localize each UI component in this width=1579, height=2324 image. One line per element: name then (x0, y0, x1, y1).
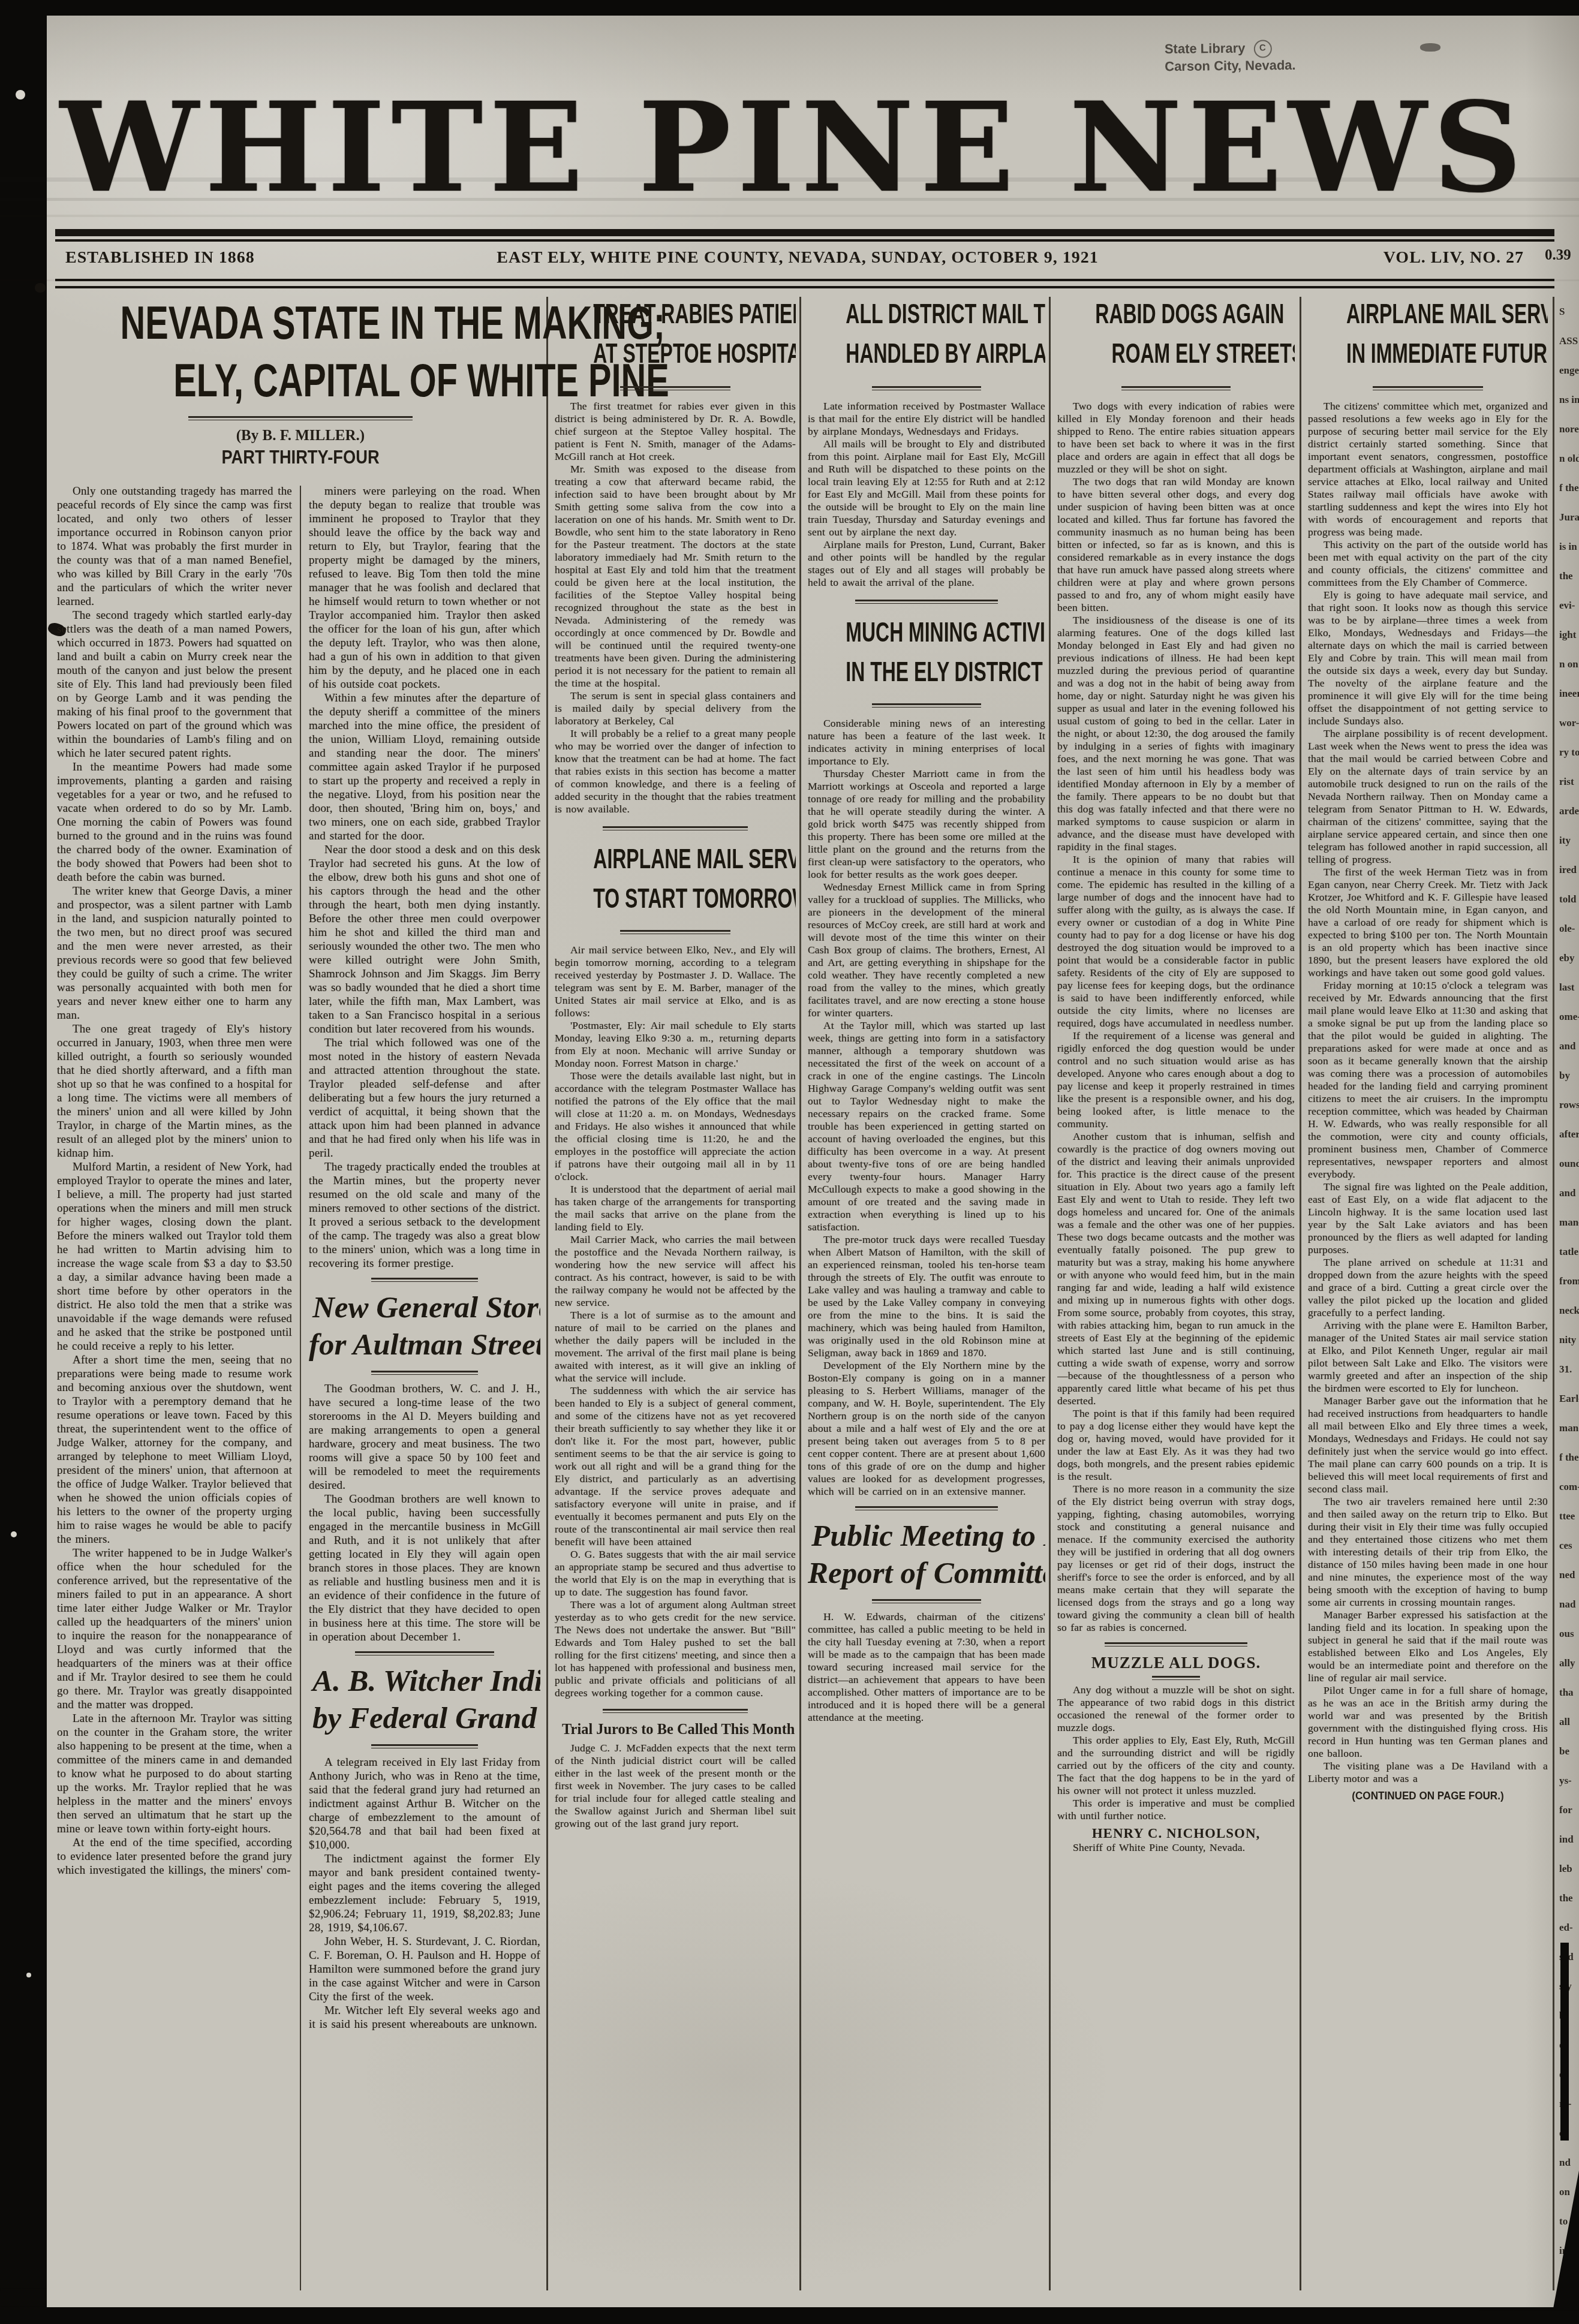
body-paragraph: O. G. Bates suggests that with the air m… (555, 1548, 796, 1598)
headline-line1: AIRPLANE MAIL SERVICE (1346, 294, 1509, 333)
column-2: TREAT RABIES PATIENT AT STEPTOE HOSPITAL… (555, 294, 796, 2290)
headline-general-store: New General Store for Aultman Street (309, 1289, 540, 1363)
body-paragraph: There was a lot of argument along Aultma… (555, 1598, 796, 1699)
body-paragraph: This activity on the part of the outside… (1308, 538, 1548, 589)
body-paragraph: 'Postmaster, Ely: Air mail schedule to E… (555, 1019, 796, 1070)
headline-divider (872, 703, 981, 708)
byline: (By B. F. MILLER.) (57, 428, 544, 444)
cut-text-fragment: Earl- (1559, 1384, 1579, 1413)
cut-text-fragment: ASS (1559, 326, 1579, 356)
headline-line2: ELY, CAPITAL OF WHITE PINE (121, 351, 481, 409)
body-paragraph: Mr. Witcher left Ely several weeks ago a… (309, 2004, 540, 2031)
signature-name: HENRY C. NICHOLSON, (1057, 1826, 1295, 1841)
scan-edge-top (0, 0, 1579, 17)
cut-text-fragment: rows (1559, 1090, 1579, 1119)
scan-mark-bar (1560, 1943, 1569, 2141)
headline-divider (1121, 386, 1231, 390)
body-paragraph: The one great tragedy of Ely's history o… (57, 1022, 292, 1160)
cut-text-fragment: rist (1559, 767, 1579, 796)
body-paragraph: Within a few minutes after the departure… (309, 691, 540, 843)
body-paragraph: Ely is going to have adequate mail servi… (1308, 589, 1548, 727)
body-paragraph: If the requirement of a license was gene… (1057, 1029, 1295, 1130)
cut-text-fragment: be (1559, 1736, 1579, 1766)
cut-text-fragment: man (1559, 1413, 1579, 1443)
headline-line1: MUCH MINING ACTIVITY (846, 612, 1007, 652)
body-paragraph: Judge C. J. McFadden expects that the ne… (555, 1742, 796, 1830)
subcolumn-left: Only one outstanding tragedy has marred … (57, 484, 292, 2290)
body-paragraph: Arriving with the plane were E. Hamilton… (1308, 1319, 1548, 1395)
article-airmail-start: Air mail service between Elko, Nev., and… (555, 944, 796, 1699)
cut-text-fragment: ous (1559, 1619, 1579, 1648)
cut-text-fragment: last (1559, 973, 1579, 1002)
body-paragraph: The pre-motor truck days were recalled T… (808, 1233, 1045, 1359)
headline-line2: IN THE ELY DISTRICT (846, 652, 1007, 691)
column-5: AIRPLANE MAIL SERVICE IN IMMEDIATE FUTUR… (1308, 294, 1548, 2290)
cut-text-fragment: the (1559, 1883, 1579, 1913)
headline-district-mail: ALL DISTRICT MAIL TO BE HANDLED BY AIRPL… (808, 294, 1045, 373)
cut-text-fragment: told (1559, 884, 1579, 914)
article-district-mail: Late information received by Postmaster … (808, 400, 1045, 589)
cut-text-fragment: n on (1559, 649, 1579, 679)
cut-text-fragment: from (1559, 1266, 1579, 1296)
headline-line1: ALL DISTRICT MAIL TO BE (846, 294, 1007, 333)
body-paragraph: Only one outstanding tragedy has marred … (57, 484, 292, 609)
cut-text-fragment: the (1559, 561, 1579, 591)
cut-text-fragment: S (1559, 297, 1579, 326)
article-airmail-future: The citizens' committee which met, organ… (1308, 400, 1548, 1785)
cut-text-fragment: nore- (1559, 414, 1579, 444)
dateline-rule1 (55, 279, 1554, 281)
body-paragraph: At the Taylor mill, which was started up… (808, 1019, 1045, 1233)
article-treat-rabies: The first treatmet for rabies ever given… (555, 400, 796, 815)
article-rabid-dogs: Two dogs with every indication of rabies… (1057, 400, 1295, 1634)
article-divider (355, 1651, 494, 1655)
body-paragraph: The airplane possibility is of recent de… (1308, 727, 1548, 866)
body-paragraph: John Weber, H. S. Sturdevant, J. C. Rior… (309, 1935, 540, 2004)
body-paragraph: At the end of the time specified, accord… (57, 1836, 292, 1877)
cut-text-fragment: necks (1559, 1296, 1579, 1325)
established-date: ESTABLISHED IN 1868 (65, 248, 255, 267)
cut-text-fragment: wor- (1559, 708, 1579, 737)
body-paragraph: Mail Carrier Mack, who carries the mail … (555, 1233, 796, 1309)
headline-line1: New General Store (309, 1289, 540, 1326)
body-paragraph: The tragedy practically ended the troubl… (309, 1160, 540, 1271)
article-mining-activity: Considerable mining news of an interesti… (808, 717, 1045, 1498)
headline-line1: TREAT RABIES PATIENT (593, 294, 757, 333)
cut-text-fragment: ound (1559, 1149, 1579, 1178)
headline-line2: for Aultman Street (309, 1326, 540, 1363)
cut-text-fragment: ed- (1559, 1913, 1579, 1942)
article-divider (371, 1278, 478, 1282)
article-divider (603, 826, 747, 830)
cut-text-fragment: ces (1559, 1531, 1579, 1560)
body-paragraph: The indictment against the former Ely ma… (309, 1852, 540, 1935)
article-trial-jurors: Judge C. J. McFadden expects that the ne… (555, 1742, 796, 1830)
body-paragraph: A telegram received in Ely last Friday f… (309, 1756, 540, 1852)
body-paragraph: H. W. Edwards, chairman of the citizens'… (808, 1610, 1045, 1724)
signature-title: Sheriff of White Pine County, Nevada. (1057, 1841, 1295, 1854)
headline-divider (620, 930, 731, 934)
cut-text-fragment: ired (1559, 855, 1579, 884)
body-paragraph: In the meantime Powers had made some imp… (57, 760, 292, 884)
issue-dateline: EAST ELY, WHITE PINE COUNTY, NEVADA, SUN… (497, 248, 1098, 267)
column-rule (799, 297, 801, 2290)
body-paragraph: The two air travelers remained here unti… (1308, 1495, 1548, 1609)
headline-divider (872, 386, 981, 390)
scan-edge-left (0, 0, 47, 2324)
headline-line2: IN IMMEDIATE FUTURE (1346, 333, 1509, 373)
body-paragraph: Development of the Ely Northern mine by … (808, 1359, 1045, 1498)
headline-line2: AT STEPTOE HOSPITAL (593, 333, 757, 373)
cut-text-fragment: and (1559, 1178, 1579, 1208)
cut-text-fragment: tha (1559, 1678, 1579, 1707)
cut-text-fragment: ity (1559, 826, 1579, 855)
masthead-rule-thick (55, 229, 1554, 236)
cut-text-fragment: enger (1559, 356, 1579, 385)
body-paragraph: Airplane mails for Preston, Lund, Curran… (808, 538, 1045, 589)
headline-line1: AIRPLANE MAIL SERVICE (593, 839, 757, 878)
cut-text-fragment: eby (1559, 943, 1579, 973)
cut-text-fragment: arded (1559, 796, 1579, 826)
subhead-muzzle-all-dogs: MUZZLE ALL DOGS. (1057, 1654, 1295, 1672)
continued-notice: (CONTINUED ON PAGE FOUR.) (1320, 1790, 1536, 1803)
cut-text-fragment: ind (1559, 1825, 1579, 1854)
cut-text-fragment: ole- (1559, 914, 1579, 943)
body-paragraph: Thursday Chester Marriott came in from t… (808, 767, 1045, 881)
headline-divider (371, 1371, 478, 1375)
body-paragraph: The serum is sent in special glass conta… (555, 690, 796, 727)
body-paragraph: After a short time the men, seeing that … (57, 1353, 292, 1546)
column-3: ALL DISTRICT MAIL TO BE HANDLED BY AIRPL… (808, 294, 1045, 2290)
cut-text-fragment: by (1559, 1061, 1579, 1090)
cut-text-fragment: n old (1559, 444, 1579, 473)
stamp-line2: Carson City, Nevada. (1165, 58, 1296, 74)
body-paragraph: There is no more reason in a community t… (1057, 1483, 1295, 1634)
edge-number: 0.39 (1545, 247, 1571, 264)
headline-divider (872, 1599, 981, 1603)
body-paragraph: The plane arrived on schedule at 11:31 a… (1308, 1256, 1548, 1319)
cut-text-fragment: Jura (1559, 502, 1579, 532)
article-public-meeting: H. W. Edwards, chairman of the citizens'… (808, 1610, 1045, 1724)
column-rule (546, 297, 548, 2290)
body-paragraph: Another custom that is inhuman, selfish … (1057, 1130, 1295, 1407)
body-paragraph: The writer knew that George Davis, a min… (57, 884, 292, 1022)
headline-line2: ROAM ELY STREETS (1095, 333, 1256, 373)
headline-divider (371, 1744, 478, 1748)
article-general-store: The Goodman brothers, W. C. and J. H., h… (309, 1382, 540, 1644)
headline-divider (1373, 386, 1483, 390)
dateline-rule2 (55, 286, 1554, 288)
cut-text-fragment: ally (1559, 1648, 1579, 1678)
body-paragraph: Those were the details available last ni… (555, 1070, 796, 1183)
cut-text-fragment: ttee (1559, 1501, 1579, 1531)
body-paragraph: There is a lot of surmise as to the amou… (555, 1309, 796, 1384)
body-paragraph: Late information received by Postmaster … (808, 400, 1045, 438)
body-paragraph: The first treatmet for rabies ever given… (555, 400, 796, 463)
newspaper-page-scan: State LibraryC Carson City, Nevada. WHIT… (0, 0, 1579, 2324)
column-4: RABID DOGS AGAIN ROAM ELY STREETS Two do… (1057, 294, 1295, 2290)
headline-line1: RABID DOGS AGAIN (1095, 294, 1256, 333)
body-paragraph: Mr. Smith was exposed to the disease fro… (555, 463, 796, 690)
body-paragraph: Air mail service between Elko, Nev., and… (555, 944, 796, 1019)
ink-blob (35, 283, 46, 293)
body-paragraph: Manager Barber expressed his satisfactio… (1308, 1609, 1548, 1684)
body-paragraph: It is the opinion of many that rabies wi… (1057, 853, 1295, 1029)
headline-line2: TO START TOMORROW (593, 878, 757, 918)
column-rule (1553, 297, 1554, 2290)
cut-text-fragment: nity (1559, 1325, 1579, 1354)
headline-airmail-future: AIRPLANE MAIL SERVICE IN IMMEDIATE FUTUR… (1308, 294, 1548, 373)
headline-rabid-dogs: RABID DOGS AGAIN ROAM ELY STREETS (1057, 294, 1295, 373)
part-label: PART THIRTY-FOUR (86, 447, 515, 468)
cut-text-fragment: ys- (1559, 1766, 1579, 1795)
body-paragraph: Any dog without a muzzle will be shot on… (1057, 1684, 1295, 1734)
body-paragraph: The citizens' committee which met, organ… (1308, 400, 1548, 538)
cut-text-fragment: all (1559, 1707, 1579, 1736)
scan-speck (11, 1531, 17, 1537)
body-paragraph: The point is that if this family had bee… (1057, 1407, 1295, 1483)
cut-text-fragment: ns in (1559, 385, 1579, 414)
headline-witcher-indicted: A. B. Witcher Indicted by Federal Grand … (309, 1663, 540, 1737)
headline-line1: A. B. Witcher Indicted (309, 1663, 540, 1700)
article-muzzle-order: Any dog without a muzzle will be shot on… (1057, 1684, 1295, 1822)
cut-text-fragment: after (1559, 1119, 1579, 1149)
cut-text-fragment: is in (1559, 532, 1579, 561)
cut-text-fragment: man- (1559, 1208, 1579, 1237)
article-divider (855, 600, 998, 604)
body-paragraph: Wednesday Ernest Millick came in from Sp… (808, 881, 1045, 1019)
stamp-line1: State Library (1165, 41, 1246, 56)
headline-mining-activity: MUCH MINING ACTIVITY IN THE ELY DISTRICT (808, 612, 1045, 691)
body-paragraph: This order applies to Ely, East Ely, Rut… (1057, 1734, 1295, 1797)
cut-text-fragment: ight (1559, 620, 1579, 649)
cut-text-fragment: leb (1559, 1854, 1579, 1883)
body-paragraph: Near the door stood a desk and on this d… (309, 843, 540, 1036)
headline-divider (188, 416, 413, 420)
body-paragraph: Two dogs with every indication of rabies… (1057, 400, 1295, 475)
body-paragraph: The Goodman brothers are well known to t… (309, 1492, 540, 1644)
volume-number: VOL. LIV, NO. 27 (1383, 248, 1524, 267)
headline-public-meeting: Public Meeting to Hear Report of Committ… (808, 1518, 1045, 1592)
headline-line2: by Federal Grand Jury (309, 1700, 540, 1737)
scan-speck (26, 1973, 31, 1977)
scan-speck (16, 90, 25, 100)
cut-text-fragment: f the (1559, 473, 1579, 502)
ink-smudge (1420, 43, 1440, 52)
headline-treat-rabies: TREAT RABIES PATIENT AT STEPTOE HOSPITAL (555, 294, 796, 373)
body-paragraph: Mulford Martin, a resident of New York, … (57, 1160, 292, 1353)
body-paragraph: The two dogs that ran wild Monday are kn… (1057, 475, 1295, 614)
subhead-divider (1152, 1676, 1199, 1680)
body-paragraph: The trial which followed was one of the … (309, 1036, 540, 1160)
body-paragraph: The writer happened to be in Judge Walke… (57, 1546, 292, 1712)
cut-text-fragment: ome- (1559, 1002, 1579, 1031)
headline-line2: Report of Committee (808, 1555, 1045, 1592)
cut-text-fragment: and (1559, 1031, 1579, 1061)
nevada-state-continued: miners were parleying on the road. When … (309, 484, 540, 1271)
column-rule (1049, 297, 1051, 2290)
subhead-trial-jurors: Trial Jurors to Be Called This Month (562, 1720, 789, 1738)
headline-divider (620, 386, 731, 390)
body-paragraph: Late in the afternoon Mr. Traylor was si… (57, 1712, 292, 1836)
cut-text-fragment: tatle (1559, 1237, 1579, 1266)
headline-line1: NEVADA STATE IN THE MAKING; (121, 294, 481, 351)
body-paragraph: Pilot Unger came in for a full share of … (1308, 1684, 1548, 1760)
masthead-rule-thin (55, 239, 1554, 242)
body-paragraph: The second tragedy which startled early-… (57, 609, 292, 760)
body-paragraph: The signal fire was lighted on the Peale… (1308, 1181, 1548, 1256)
article-divider (1105, 1642, 1247, 1646)
body-paragraph: The visiting plane was a De Haviland wit… (1308, 1760, 1548, 1785)
cut-text-fragment: nd (1559, 2148, 1579, 2177)
column-rule (1300, 297, 1301, 2290)
body-paragraph: Manager Barber gave out the information … (1308, 1395, 1548, 1495)
body-paragraph: All mails will be brought to Ely and dis… (808, 438, 1045, 538)
cut-text-fragment: com- (1559, 1472, 1579, 1501)
body-paragraph: miners were parleying on the road. When … (309, 484, 540, 691)
headline-airmail-start: AIRPLANE MAIL SERVICE TO START TOMORROW (555, 839, 796, 918)
headline-nevada-state: NEVADA STATE IN THE MAKING; ELY, CAPITAL… (57, 294, 544, 409)
subcolumn-right: miners were parleying on the road. When … (309, 484, 540, 2290)
body-paragraph: Considerable mining news of an interesti… (808, 717, 1045, 767)
article-divider (855, 1506, 998, 1510)
library-stamp: State LibraryC Carson City, Nevada. (1165, 38, 1417, 74)
body-paragraph: The first of the week Herman Tietz was i… (1308, 866, 1548, 979)
cut-text-fragment: for (1559, 1795, 1579, 1825)
article-nevada-state: NEVADA STATE IN THE MAKING; ELY, CAPITAL… (57, 294, 544, 2290)
body-paragraph: The suddenness with which the air servic… (555, 1384, 796, 1548)
article-witcher-indicted: A telegram received in Ely last Friday f… (309, 1756, 540, 2031)
cut-text-fragment: ned (1559, 1560, 1579, 1590)
headline-line2: HANDLED BY AIRPLANE (846, 333, 1007, 373)
headline-line1: Public Meeting to Hear (808, 1518, 1045, 1555)
cut-text-fragment: ineer (1559, 679, 1579, 708)
body-paragraph: It is understood that the department of … (555, 1183, 796, 1233)
body-paragraph: The Goodman brothers, W. C. and J. H., h… (309, 1382, 540, 1492)
article-divider (603, 1709, 747, 1713)
body-paragraph: This order is imperative and must be com… (1057, 1797, 1295, 1822)
cut-text-fragment: evi- (1559, 591, 1579, 620)
newspaper-masthead: WHITE PINE NEWS (60, 77, 1523, 218)
dateline: ESTABLISHED IN 1868 EAST ELY, WHITE PINE… (57, 245, 1538, 275)
cut-text-fragment: ry to (1559, 737, 1579, 767)
cut-text-fragment: f the (1559, 1443, 1579, 1472)
body-paragraph: It will probably be a relief to a great … (555, 727, 796, 815)
body-paragraph: The insidiousness of the disease is one … (1057, 614, 1295, 853)
body-paragraph: Friday morning at 10:15 o'clock a telegr… (1308, 979, 1548, 1181)
cut-text-fragment: 31. (1559, 1354, 1579, 1384)
cut-text-fragment: nad (1559, 1590, 1579, 1619)
stamp-seal: C (1253, 40, 1271, 58)
